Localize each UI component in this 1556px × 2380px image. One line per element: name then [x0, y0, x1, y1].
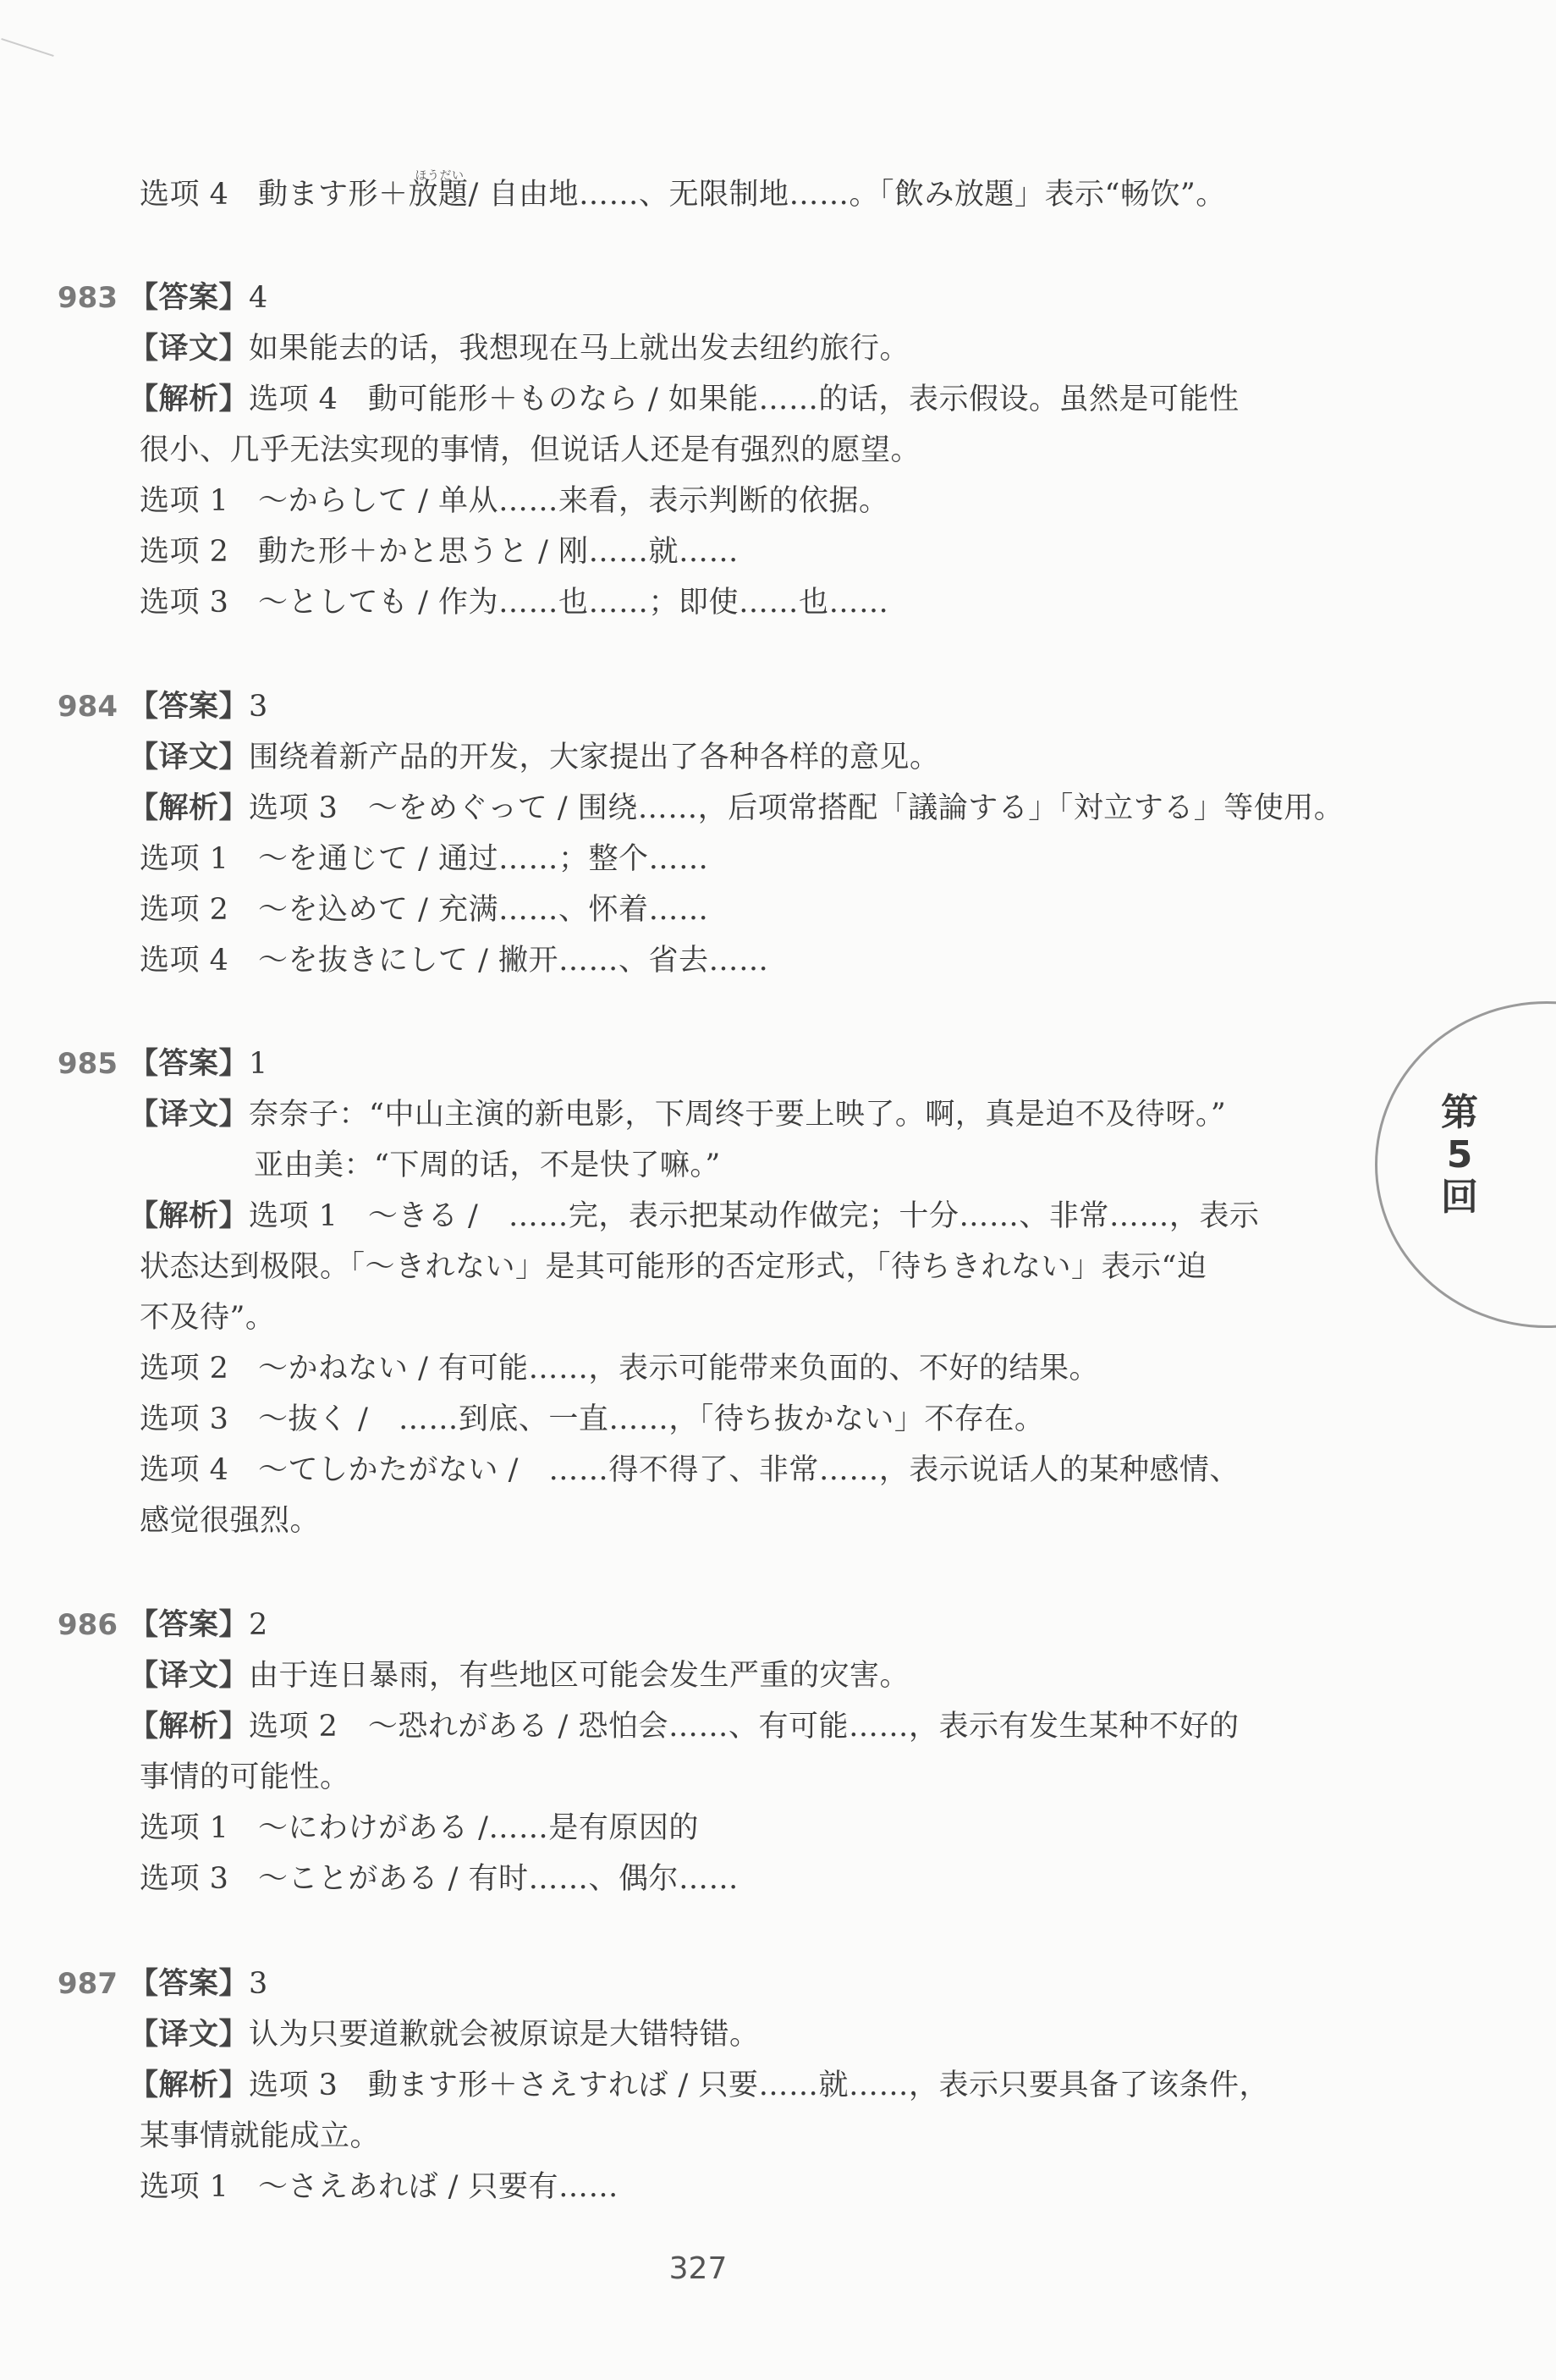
analysis-tag: 【解析】 — [129, 383, 249, 416]
option-text: ～にわけがある /……是有原因的 — [258, 1811, 699, 1845]
option-line: 选项 2～を込めて / 充满……、怀着…… — [140, 891, 709, 928]
option-line: 选项 2～かねない / 有可能……，表示可能带来负面的、不好的结果。 — [140, 1350, 1099, 1387]
analysis-text: 选项 1 ～きる / ……完，表示把某动作做完；十分……、非常……，表示 — [249, 1199, 1259, 1233]
translation-tag: 【译文】 — [129, 1098, 249, 1132]
option-text: ～さえあれば / 只要有…… — [258, 2170, 619, 2204]
option-line: 选项 4～を抜きにして / 撇开……、省去…… — [140, 942, 769, 979]
chapter-tab-label: 第 5 回 — [1434, 1092, 1485, 1219]
analysis-line: 【解析】选项 1 ～きる / ……完，表示把某动作做完；十分……、非常……，表示 — [129, 1198, 1259, 1235]
option-text: ～ことがある / 有时……、偶尔…… — [258, 1862, 739, 1896]
chapter-tab-char: 第 — [1434, 1092, 1485, 1134]
answer-value: 2 — [249, 1608, 268, 1642]
option-text: ～を通じて / 通过……；整个…… — [258, 842, 709, 876]
translation-tag: 【译文】 — [129, 741, 249, 774]
option-line: 选项 1～さえあれば / 只要有…… — [140, 2168, 619, 2206]
option-text: ～としても / 作为……也……；即使……也…… — [258, 586, 889, 620]
option-label: 选项 3 — [140, 584, 258, 621]
analysis-text: 选项 2 ～恐れがある / 恐怕会……、有可能……，表示有发生某种不好的 — [249, 1710, 1239, 1744]
chapter-tab-char: 回 — [1434, 1176, 1485, 1219]
ruby-word: ほうだい放題 — [409, 176, 469, 213]
book-page: 选项 4動ます形＋ほうだい放題/ 自由地……、无限制地……。「飲み放題」表示“畅… — [0, 0, 1556, 2380]
analysis-text: 选项 3 ～をめぐって / 围绕……，后项常搭配「議論する」「対立する」等使用。 — [249, 791, 1344, 825]
answer-tag: 【答案】 — [129, 1047, 249, 1081]
option-label: 选项 1 — [140, 1810, 258, 1847]
analysis-text: 选项 3 動ます形＋さえすれば / 只要……就……，表示只要具备了该条件， — [249, 2069, 1269, 2102]
translation-line: 【译文】由于连日暴雨，有些地区可能会发生严重的灾害。 — [129, 1657, 910, 1694]
analysis-text: 选项 4 動可能形＋ものなら / 如果能……的话，表示假设。虽然是可能性 — [249, 383, 1239, 416]
translation-line: 【译文】围绕着新产品的开发，大家提出了各种各样的意见。 — [129, 739, 940, 776]
translation-text: 奈奈子：“中山主演的新电影，下周终于要上映了。啊，真是迫不及待呀。” — [249, 1098, 1226, 1132]
answer-tag: 【答案】 — [129, 1967, 249, 2001]
option-text-pre: 動ます形＋ — [258, 178, 409, 212]
translation-line: 【译文】认为只要道歉就会被原谅是大错特错。 — [129, 2016, 760, 2053]
option-text: ～抜く / ……到底、一直……，「待ち抜かない」不存在。 — [258, 1402, 1044, 1436]
translation-text: 由于连日暴雨，有些地区可能会发生严重的灾害。 — [249, 1659, 910, 1693]
analysis-continuation: 很小、几乎无法实现的事情，但说话人还是有强烈的愿望。 — [140, 432, 921, 469]
analysis-tag: 【解析】 — [129, 2069, 249, 2102]
analysis-tag: 【解析】 — [129, 791, 249, 825]
carryover-option-line: 选项 4動ます形＋ほうだい放題/ 自由地……、无限制地……。「飲み放題」表示“畅… — [140, 176, 1226, 213]
option-text: ～を抜きにして / 撇开……、省去…… — [258, 944, 769, 978]
translation-text: 如果能去的话，我想现在马上就出发去纽约旅行。 — [249, 332, 910, 366]
translation-tag: 【译文】 — [129, 1659, 249, 1693]
answer-line: 【答案】1 — [129, 1045, 268, 1083]
option-label: 选项 4 — [140, 176, 258, 213]
option-line: 选项 1～からして / 单从……来看，表示判断的依据。 — [140, 482, 889, 520]
analysis-tag: 【解析】 — [129, 1199, 249, 1233]
option-line: 选项 3～ことがある / 有时……、偶尔…… — [140, 1860, 739, 1898]
option-text: ～を込めて / 充满……、怀着…… — [258, 893, 709, 927]
option-label: 选项 4 — [140, 1452, 258, 1489]
answer-tag: 【答案】 — [129, 281, 249, 315]
question-number: 987 — [58, 1965, 118, 2003]
answer-line: 【答案】3 — [129, 1965, 268, 2003]
answer-line: 【答案】4 — [129, 279, 268, 317]
option-text: ～からして / 单从……来看，表示判断的依据。 — [258, 484, 889, 518]
question-number: 986 — [58, 1606, 118, 1644]
answer-value: 3 — [249, 690, 268, 724]
translation-line: 【译文】奈奈子：“中山主演的新电影，下周终于要上映了。啊，真是迫不及待呀。” — [129, 1096, 1226, 1133]
answer-tag: 【答案】 — [129, 1608, 249, 1642]
chapter-tab-char: 5 — [1434, 1134, 1485, 1176]
option-label: 选项 3 — [140, 1401, 258, 1438]
option-label: 选项 3 — [140, 1860, 258, 1898]
analysis-tag: 【解析】 — [129, 1710, 249, 1744]
option-continuation: 感觉很强烈。 — [140, 1502, 320, 1540]
option-label: 选项 1 — [140, 2168, 258, 2206]
answer-line: 【答案】3 — [129, 688, 268, 725]
option-label: 选项 2 — [140, 891, 258, 928]
question-number: 983 — [58, 279, 118, 317]
answer-value: 3 — [249, 1967, 268, 2001]
answer-tag: 【答案】 — [129, 690, 249, 724]
analysis-continuation: 不及待”。 — [140, 1299, 275, 1336]
answer-value: 1 — [249, 1047, 268, 1081]
analysis-continuation: 事情的可能性。 — [140, 1759, 350, 1796]
option-label: 选项 1 — [140, 482, 258, 520]
option-line: 选项 1～を通じて / 通过……；整个…… — [140, 840, 709, 878]
question-number: 984 — [58, 688, 118, 725]
analysis-line: 【解析】选项 4 動可能形＋ものなら / 如果能……的话，表示假设。虽然是可能性 — [129, 381, 1239, 418]
option-line: 选项 1～にわけがある /……是有原因的 — [140, 1810, 699, 1847]
option-label: 选项 2 — [140, 533, 258, 570]
translation-text: 围绕着新产品的开发，大家提出了各种各样的意见。 — [249, 741, 940, 774]
translation-tag: 【译文】 — [129, 2018, 249, 2052]
option-line: 选项 3～抜く / ……到底、一直……，「待ち抜かない」不存在。 — [140, 1401, 1044, 1438]
scan-artifact — [1, 38, 53, 57]
option-line: 选项 3～としても / 作为……也……；即使……也…… — [140, 584, 889, 621]
option-text-post: / 自由地……、无限制地……。「飲み放題」表示“畅饮”。 — [469, 178, 1226, 212]
option-line: 选项 2動た形＋かと思うと / 刚……就…… — [140, 533, 739, 570]
translation-tag: 【译文】 — [129, 332, 249, 366]
option-text: 動た形＋かと思うと / 刚……就…… — [258, 535, 739, 569]
option-line: 选项 4～てしかたがない / ……得不得了、非常……，表示说话人的某种感情、 — [140, 1452, 1240, 1489]
analysis-line: 【解析】选项 3 ～をめぐって / 围绕……，后项常搭配「議論する」「対立する」… — [129, 790, 1344, 827]
answer-value: 4 — [249, 281, 268, 315]
question-number: 985 — [58, 1045, 118, 1083]
translation-continuation: 亚由美：“下周的话，不是快了嘛。” — [254, 1147, 721, 1184]
option-text: ～てしかたがない / ……得不得了、非常……，表示说话人的某种感情、 — [258, 1453, 1240, 1487]
answer-line: 【答案】2 — [129, 1606, 268, 1644]
analysis-line: 【解析】选项 3 動ます形＋さえすれば / 只要……就……，表示只要具备了该条件… — [129, 2067, 1269, 2104]
analysis-continuation: 状态达到极限。「～きれない」是其可能形的否定形式，「待ちきれない」表示“迫 — [140, 1248, 1207, 1286]
analysis-line: 【解析】选项 2 ～恐れがある / 恐怕会……、有可能……，表示有发生某种不好的 — [129, 1708, 1239, 1745]
translation-line: 【译文】如果能去的话，我想现在马上就出发去纽约旅行。 — [129, 330, 910, 367]
page-number: 327 — [0, 2251, 1396, 2286]
option-label: 选项 1 — [140, 840, 258, 878]
option-label: 选项 2 — [140, 1350, 258, 1387]
ruby-reading: ほうだい — [415, 157, 465, 195]
option-text: ～かねない / 有可能……，表示可能带来负面的、不好的结果。 — [258, 1352, 1099, 1386]
analysis-continuation: 某事情就能成立。 — [140, 2118, 380, 2155]
option-label: 选项 4 — [140, 942, 258, 979]
translation-text: 认为只要道歉就会被原谅是大错特错。 — [249, 2018, 760, 2052]
